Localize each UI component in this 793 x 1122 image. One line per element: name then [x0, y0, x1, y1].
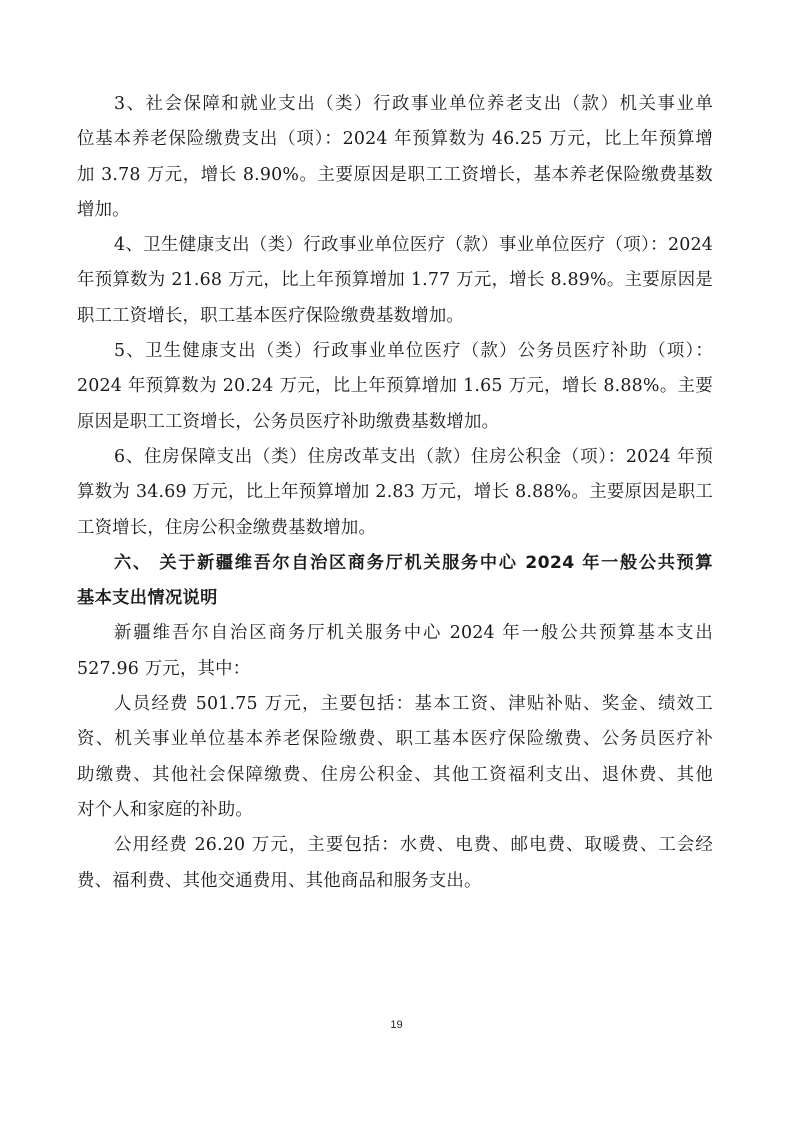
page-content: 3、社会保障和就业支出（类）行政事业单位养老支出（款）机关事业单 位基本养老保险…: [77, 87, 713, 899]
text-line: 4、卫生健康支出（类）行政事业单位医疗（款）事业单位医疗（项）：2024: [77, 228, 713, 263]
document-page: 3、社会保障和就业支出（类）行政事业单位养老支出（款）机关事业单 位基本养老保险…: [0, 0, 793, 1122]
section-heading: 六、 关于新疆维吾尔自治区商务厅机关服务中心 2024 年一般公共预算 基本支出…: [77, 546, 713, 617]
text-line: 527.96 万元，其中：: [77, 652, 713, 687]
text-line: 原因是职工工资增长，公务员医疗补助缴费基数增加。: [77, 405, 713, 440]
text-line: 3、社会保障和就业支出（类）行政事业单位养老支出（款）机关事业单: [77, 87, 713, 122]
paragraph-item-5: 5、卫生健康支出（类）行政事业单位医疗（款）公务员医疗补助（项）： 2024 年…: [77, 334, 713, 440]
text-line: 6、住房保障支出（类）住房改革支出（款）住房公积金（项）：2024 年预: [77, 440, 713, 475]
paragraph-personnel-expenses: 人员经费 501.75 万元，主要包括：基本工资、津贴补贴、奖金、绩效工 资、机…: [77, 687, 713, 828]
text-line: 5、卫生健康支出（类）行政事业单位医疗（款）公务员医疗补助（项）：: [77, 334, 713, 369]
text-line: 加 3.78 万元，增长 8.90%。主要原因是职工工资增长，基本养老保险缴费基…: [77, 158, 713, 193]
text-line: 2024 年预算数为 20.24 万元，比上年预算增加 1.65 万元，增长 8…: [77, 369, 713, 404]
text-line: 年预算数为 21.68 万元，比上年预算增加 1.77 万元，增长 8.89%。…: [77, 263, 713, 298]
text-line: 增加。: [77, 193, 713, 228]
text-line: 资、机关事业单位基本养老保险缴费、职工基本医疗保险缴费、公务员医疗补: [77, 722, 713, 757]
heading-line: 六、 关于新疆维吾尔自治区商务厅机关服务中心 2024 年一般公共预算: [77, 546, 713, 581]
text-line: 工资增长，住房公积金缴费基数增加。: [77, 511, 713, 546]
text-line: 助缴费、其他社会保障缴费、住房公积金、其他工资福利支出、退休费、其他: [77, 758, 713, 793]
text-line: 人员经费 501.75 万元，主要包括：基本工资、津贴补贴、奖金、绩效工: [77, 687, 713, 722]
text-line: 位基本养老保险缴费支出（项）：2024 年预算数为 46.25 万元，比上年预算…: [77, 122, 713, 157]
paragraph-item-6: 6、住房保障支出（类）住房改革支出（款）住房公积金（项）：2024 年预 算数为…: [77, 440, 713, 546]
text-line: 公用经费 26.20 万元，主要包括：水费、电费、邮电费、取暖费、工会经: [77, 828, 713, 863]
paragraph-public-expenses: 公用经费 26.20 万元，主要包括：水费、电费、邮电费、取暖费、工会经 费、福…: [77, 828, 713, 899]
paragraph-item-3: 3、社会保障和就业支出（类）行政事业单位养老支出（款）机关事业单 位基本养老保险…: [77, 87, 713, 228]
text-line: 算数为 34.69 万元，比上年预算增加 2.83 万元，增长 8.88%。主要…: [77, 475, 713, 510]
text-line: 新疆维吾尔自治区商务厅机关服务中心 2024 年一般公共预算基本支出: [77, 616, 713, 651]
heading-line: 基本支出情况说明: [77, 581, 713, 616]
text-line: 费、福利费、其他交通费用、其他商品和服务支出。: [77, 864, 713, 899]
page-number: 19: [0, 1019, 793, 1031]
paragraph-basic-expenditure-total: 新疆维吾尔自治区商务厅机关服务中心 2024 年一般公共预算基本支出 527.9…: [77, 616, 713, 687]
paragraph-item-4: 4、卫生健康支出（类）行政事业单位医疗（款）事业单位医疗（项）：2024 年预算…: [77, 228, 713, 334]
text-line: 对个人和家庭的补助。: [77, 793, 713, 828]
text-line: 职工工资增长，职工基本医疗保险缴费基数增加。: [77, 299, 713, 334]
